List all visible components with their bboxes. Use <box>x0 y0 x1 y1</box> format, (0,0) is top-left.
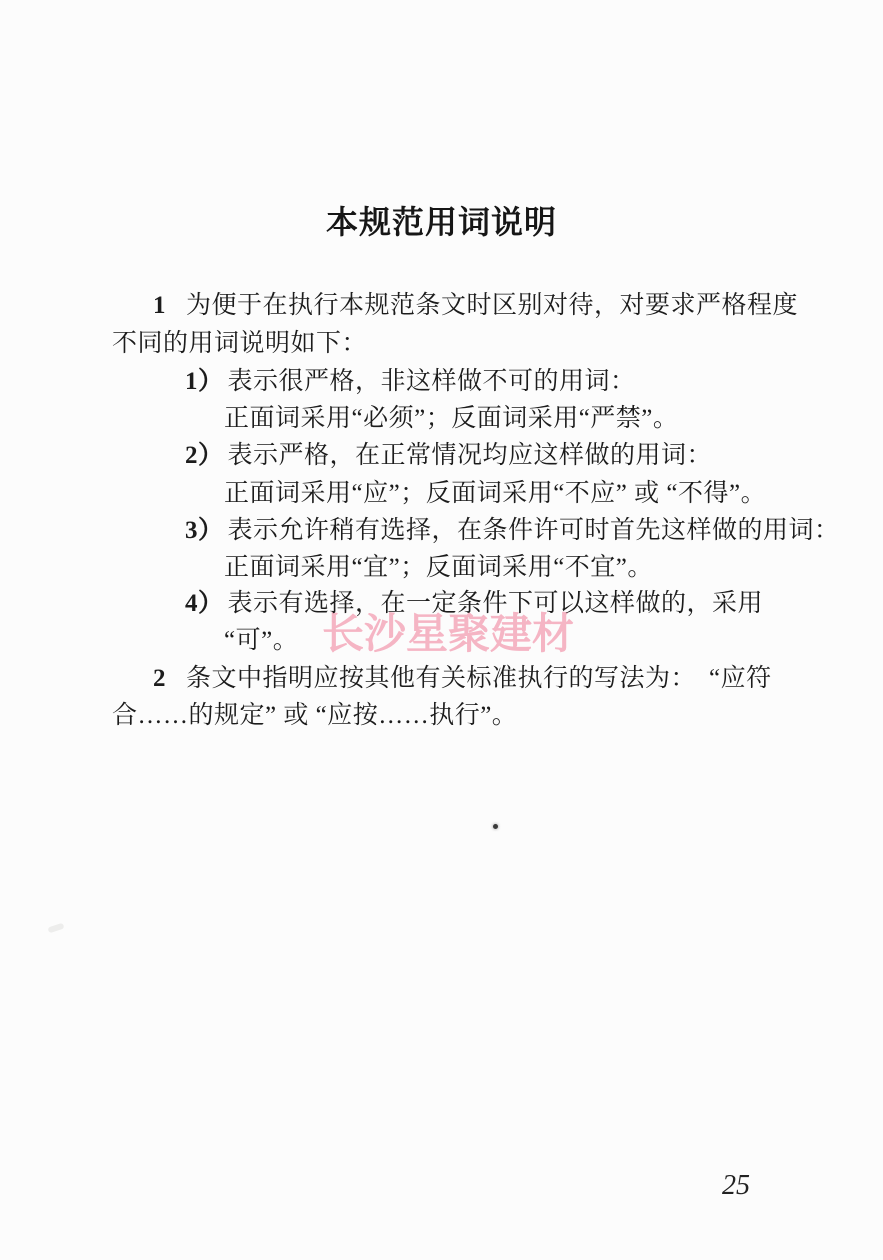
list-item-4-number: 4） <box>185 590 224 617</box>
list-item-2-line-2: 正面词采用“应”；反面词采用“不应” 或 “不得”。 <box>224 480 766 508</box>
list-item-1-text-continued: 正面词采用“必须”；反面词采用“严禁”。 <box>224 405 678 432</box>
paragraph-2-line-2: 合……的规定” 或 “应按……执行”。 <box>112 702 517 730</box>
page-title: 本规范用词说明 <box>0 197 883 243</box>
paragraph-2-number: 2 <box>153 665 166 692</box>
list-item-4-text-continued: “可”。 <box>224 627 298 654</box>
paragraph-1-text: 为便于在执行本规范条文时区别对待，对要求严格程度 <box>186 292 798 319</box>
paragraph-2-text-continued: 合……的规定” 或 “应按……执行”。 <box>112 702 517 729</box>
list-item-3-text: 表示允许稍有选择，在条件许可时首先这样做的用词： <box>228 517 840 544</box>
list-item-3-text-continued: 正面词采用“宜”；反面词采用“不宜”。 <box>224 554 653 581</box>
scan-smudge-mark <box>47 923 64 934</box>
paragraph-1-text-continued: 不同的用词说明如下： <box>112 330 367 357</box>
paragraph-2-line-1: 2条文中指明应按其他有关标准执行的写法为： “应符 <box>153 665 772 693</box>
list-item-3-number: 3） <box>185 517 224 544</box>
list-item-2-text: 表示严格，在正常情况均应这样做的用词： <box>228 442 713 469</box>
paragraph-2-text: 条文中指明应按其他有关标准执行的写法为： “应符 <box>186 665 772 692</box>
scan-speck-dot <box>493 824 498 829</box>
document-page: 本规范用词说明 1为便于在执行本规范条文时区别对待，对要求严格程度 不同的用词说… <box>0 0 883 1260</box>
paragraph-1-line-1: 1为便于在执行本规范条文时区别对待，对要求严格程度 <box>153 292 798 320</box>
list-item-3-line-1: 3）表示允许稍有选择，在条件许可时首先这样做的用词： <box>185 517 840 545</box>
list-item-1-line-2: 正面词采用“必须”；反面词采用“严禁”。 <box>224 405 678 433</box>
list-item-2-line-1: 2）表示严格，在正常情况均应这样做的用词： <box>185 442 712 470</box>
paragraph-1-number: 1 <box>153 292 166 319</box>
list-item-1-line-1: 1）表示很严格，非这样做不可的用词： <box>185 368 636 396</box>
paragraph-1-line-2: 不同的用词说明如下： <box>112 330 367 358</box>
list-item-4-line-2: “可”。 <box>224 627 298 655</box>
list-item-3-line-2: 正面词采用“宜”；反面词采用“不宜”。 <box>224 554 653 582</box>
vendor-watermark: 长沙星聚建材 <box>322 601 574 661</box>
list-item-2-number: 2） <box>185 442 224 469</box>
list-item-2-text-continued: 正面词采用“应”；反面词采用“不应” 或 “不得”。 <box>224 480 766 507</box>
list-item-1-text: 表示很严格，非这样做不可的用词： <box>228 368 636 395</box>
page-number: 25 <box>722 1170 750 1202</box>
list-item-1-number: 1） <box>185 368 224 395</box>
